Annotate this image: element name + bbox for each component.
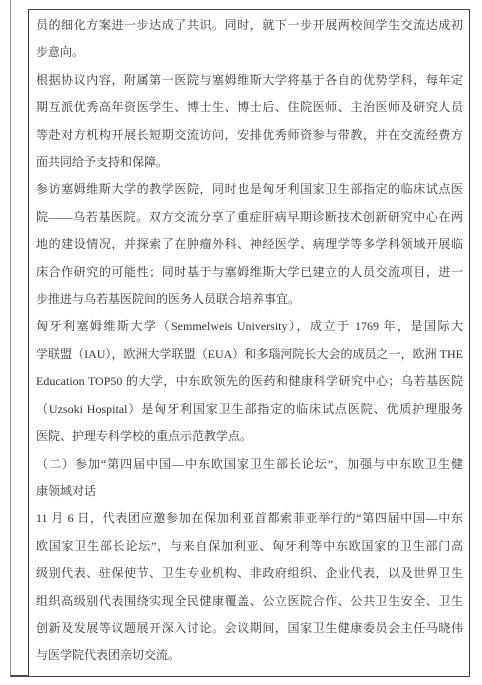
paragraph: （二）参加“第四届中国—中东欧国家卫生部长论坛”，加强与中东欧卫生健康领域对话 <box>36 451 463 506</box>
text-line: 面共同给予支持和保障。 <box>36 149 463 176</box>
text-line: 根据协议内容，附属第一医院与塞姆维斯大学将基于各自的优势学科，每年定 <box>36 67 463 94</box>
paragraph: 参访塞姆维斯大学的教学医院，同时也是匈牙利国家卫生部指定的临床试点医院——乌若基… <box>36 176 463 313</box>
paragraph: 根据协议内容，附属第一医院与塞姆维斯大学将基于各自的优势学科，每年定期互派优秀高… <box>36 67 463 177</box>
text-line: 地的建设情况，并探索了在肿瘤外科、神经医学、病理学等多学科领域开展临 <box>36 231 463 258</box>
text-line: 员的细化方案进一步达成了共识。同时，就下一步开展两校间学生交流达成初 <box>36 12 463 39</box>
text-line: 欧国家卫生部长论坛”，与来自保加利亚、匈牙利等中东欧国家的卫生部门高 <box>36 533 463 560</box>
paragraph: 匈牙利塞姆维斯大学（Semmelweis University），成立于 176… <box>36 313 463 450</box>
text-line: 床合作研究的可能性；同时基于与塞姆维斯大学已建立的人员交流项目，进一 <box>36 259 463 286</box>
document-text-cell: 员的细化方案进一步达成了共识。同时，就下一步开展两校间学生交流达成初步意向。根据… <box>28 9 470 677</box>
text-line: 学联盟（IAU），欧洲大学联盟（EUA）和多瑙河院长大会的成员之一，欧洲 THE <box>36 341 463 368</box>
text-line: 组织高级别代表围绕实现全民健康覆盖、公立医院合作、公共卫生安全、卫生 <box>36 588 463 615</box>
text-line: 11 月 6 日，代表团应邀参加在保加利亚首都索菲亚举行的“第四届中国—中东 <box>36 505 463 532</box>
text-line: 级别代表、驻保使节、卫生专业机构、非政府组织、企业代表，以及世界卫生 <box>36 560 463 587</box>
text-line: 康领域对话 <box>36 478 463 505</box>
paragraph: 11 月 6 日，代表团应邀参加在保加利亚首都索菲亚举行的“第四届中国—中东欧国… <box>36 505 463 669</box>
text-line: 步推进与乌若基医院间的医务人员联合培养事宜。 <box>36 286 463 313</box>
text-line: 与医学院代表团亲切交流。 <box>36 642 463 669</box>
document-page: 员的细化方案进一步达成了共识。同时，就下一步开展两校间学生交流达成初步意向。根据… <box>0 0 482 685</box>
paragraph: 员的细化方案进一步达成了共识。同时，就下一步开展两校间学生交流达成初步意向。 <box>36 12 463 67</box>
text-line: 参访塞姆维斯大学的教学医院，同时也是匈牙利国家卫生部指定的临床试点医 <box>36 176 463 203</box>
text-line: （二）参加“第四届中国—中东欧国家卫生部长论坛”，加强与中东欧卫生健 <box>36 451 463 478</box>
text-line: 院——乌若基医院。双方交流分享了重症肝病早期诊断技术创新研究中心在两 <box>36 204 463 231</box>
document-paragraphs: 员的细化方案进一步达成了共识。同时，就下一步开展两校间学生交流达成初步意向。根据… <box>36 12 463 670</box>
text-line: （Uzsoki Hospital）是匈牙利国家卫生部指定的临床试点医院、优质护理… <box>36 396 463 423</box>
text-line: 创新及发展等议题展开深入讨论。会议期间，国家卫生健康委员会主任马晓伟 <box>36 615 463 642</box>
text-line: 步意向。 <box>36 39 463 66</box>
text-line: 期互派优秀高年资医学生、博士生、博士后、住院医师、主治医师及研究人员 <box>36 94 463 121</box>
text-line: Education TOP50 的大学，中东欧领先的医药和健康科学研究中心；乌若… <box>36 368 463 395</box>
text-line: 匈牙利塞姆维斯大学（Semmelweis University），成立于 176… <box>36 313 463 340</box>
text-line: 等赴对方机构开展长短期交流访问，安排优秀师资参与带教，并在交流经费方 <box>36 122 463 149</box>
text-line: 医院、护理专科学校的重点示范教学点。 <box>36 423 463 450</box>
